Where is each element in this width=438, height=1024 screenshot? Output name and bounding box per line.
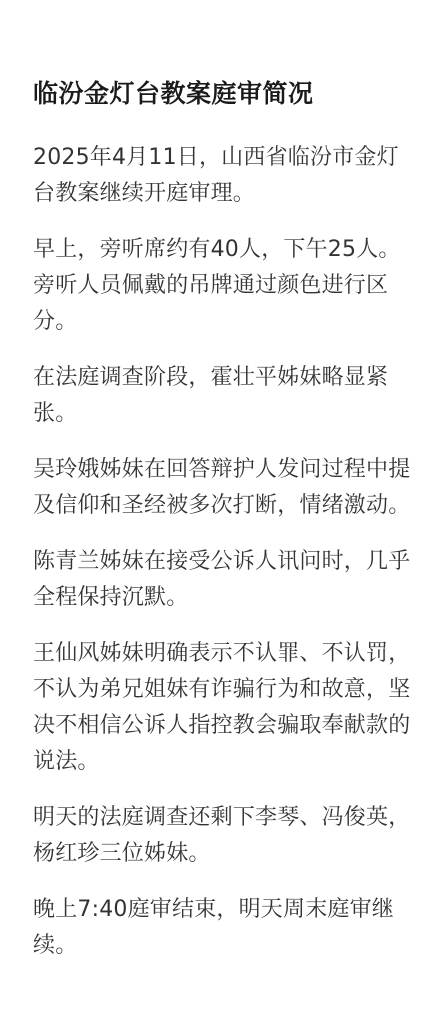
paragraph-audience: 早上，旁听席约有40人，下午25人。旁听人员佩戴的吊牌通过颜色进行区分。 <box>33 232 413 340</box>
paragraph-date: 2025年4月11日，山西省临汾市金灯台教案继续开庭审理。 <box>33 140 413 212</box>
paragraph-chen: 陈青兰姊妹在接受公诉人讯问时，几乎全程保持沉默。 <box>33 544 413 616</box>
paragraph-remaining: 明天的法庭调查还剩下李琴、冯俊英，杨红珍三位姊妹。 <box>33 800 413 872</box>
paragraph-wu: 吴玲娥姊妹在回答辩护人发问过程中提及信仰和圣经被多次打断，情绪激动。 <box>33 452 413 524</box>
paragraph-investigation: 在法庭调查阶段，霍壮平姊妹略显紧张。 <box>33 360 413 432</box>
article-title: 临汾金灯台教案庭审简况 <box>33 76 413 112</box>
paragraph-end: 晚上7:40庭审结束，明天周末庭审继续。 <box>33 892 413 964</box>
article: 临汾金灯台教案庭审简况 2025年4月11日，山西省临汾市金灯台教案继续开庭审理… <box>33 76 413 984</box>
paragraph-wang: 王仙风姊妹明确表示不认罪、不认罚，不认为弟兄姐妹有诈骗行为和故意，坚决不相信公诉… <box>33 636 413 780</box>
